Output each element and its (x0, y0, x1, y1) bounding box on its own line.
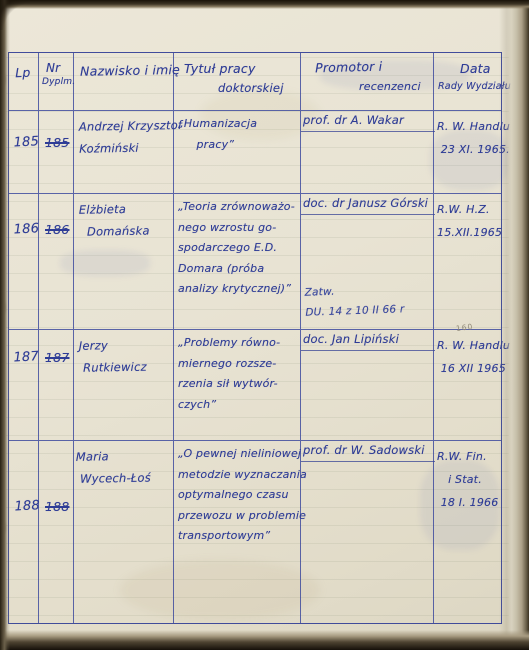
register-number-cell: 188 (39, 441, 74, 623)
promotor-cell: doc. dr Janusz Górski Zatw. DU. 14 z 10 … (301, 194, 434, 330)
header-council-date: Data Rady Wydziału (434, 53, 501, 111)
lp-number: 187 (8, 329, 39, 365)
crossed-out-number: 188 (45, 499, 69, 514)
candidate-name: Andrzej Krzysztof Koźmiński (74, 110, 174, 160)
name-cell: Maria Wycech-Łoś (74, 441, 174, 623)
thesis-title: „Problemy równo- miernego rozsze- rzenia… (174, 330, 300, 415)
promotor-cell: doc. Jan Lipiński 160 (301, 330, 434, 441)
header-date-line2: Rady Wydziału (434, 76, 501, 92)
approval-note: Zatw. DU. 14 z 10 II 66 r (304, 279, 404, 322)
lp-cell: 188 (9, 441, 39, 623)
promotor-name: prof. dr A. Wakar (301, 111, 435, 132)
candidate-name: Jerzy Rutkiewicz (74, 329, 174, 379)
lp-cell: 185 (9, 111, 39, 194)
header-thesis-title: Tytuł pracy doktorskiej (174, 53, 301, 111)
name-cell: Elżbieta Domańska (74, 194, 174, 330)
name-cell: Jerzy Rutkiewicz (74, 330, 174, 441)
header-name-label: Nazwisko i imię (74, 52, 173, 79)
register-number-cell: 187 (39, 330, 74, 441)
lp-number: 188 (7, 440, 40, 514)
thesis-title-cell: „O pewnej nieliniowej metodzie wyznaczan… (174, 441, 301, 623)
lp-number: 186 (8, 193, 39, 237)
crossed-out-number: 186 (45, 222, 69, 237)
crossed-out-number: 185 (45, 135, 69, 150)
header-name: Nazwisko i imię (74, 53, 174, 111)
promotor-cell: prof. dr W. Sadowski (301, 441, 434, 623)
register-number-cell: 186 (39, 194, 74, 330)
header-promotor: Promotor i recenzenci (301, 53, 434, 111)
candidate-name: Elżbieta Domańska (74, 193, 174, 243)
header-nr-line2: Dyplm. (39, 75, 73, 87)
thesis-title-cell: „Teoria zrównoważo- nego wzrostu go- spo… (174, 194, 301, 330)
header-register-number: Nr Dyplm. (39, 53, 74, 111)
thesis-title: „O pewnej nieliniowej metodzie wyznaczan… (174, 441, 300, 547)
scanned-register-page: Lp Nr Dyplm. Nazwisko i imię Tytuł pracy… (0, 0, 529, 650)
council-date-cell: R. W. Handlu 16 XII 1965 (434, 330, 501, 441)
promotor-name: prof. dr W. Sadowski (301, 441, 435, 462)
promotor-name: doc. Jan Lipiński (301, 330, 435, 351)
council-date-cell: R. W. Handlu 23 XI. 1965. (434, 111, 501, 194)
header-title-line1: Tytuł pracy (174, 53, 300, 76)
lp-cell: 186 (9, 194, 39, 330)
header-title-line2: doktorskiej (174, 76, 300, 95)
lp-number: 185 (8, 110, 39, 150)
page-edge-bottom (0, 630, 529, 650)
page-edge-right (499, 0, 529, 650)
thesis-title-cell: „Humanizacja pracy” (174, 111, 301, 194)
header-promotor-line2: recenzenci (301, 74, 433, 93)
register-number-cell: 185 (39, 111, 74, 194)
promotor-name: doc. dr Janusz Górski (301, 194, 435, 215)
council-date-cell: R.W. Fin. i Stat. 18 I. 1966 (434, 441, 501, 623)
header-lp: Lp (9, 53, 39, 111)
promotor-cell: prof. dr A. Wakar (301, 111, 434, 194)
page-edge-top (0, 0, 529, 9)
doctoral-register-table: Lp Nr Dyplm. Nazwisko i imię Tytuł pracy… (8, 52, 502, 624)
thesis-title-cell: „Problemy równo- miernego rozsze- rzenia… (174, 330, 301, 441)
page-edge-left (0, 0, 10, 650)
candidate-name: Maria Wycech-Łoś (74, 440, 174, 490)
council-date-cell: R.W. H.Z. 15.XII.1965 (434, 194, 501, 330)
header-date-line1: Data (434, 53, 501, 76)
crossed-out-number: 187 (45, 350, 69, 365)
header-promotor-line1: Promotor i (301, 51, 434, 75)
thesis-title: „Teoria zrównoważo- nego wzrostu go- spo… (174, 194, 300, 300)
header-nr-line1: Nr (39, 53, 73, 75)
page-corner (0, 0, 30, 30)
name-cell: Andrzej Krzysztof Koźmiński (74, 111, 174, 194)
thesis-title: „Humanizacja pracy” (174, 111, 300, 155)
header-lp-label: Lp (9, 53, 39, 81)
lp-cell: 187 (9, 330, 39, 441)
